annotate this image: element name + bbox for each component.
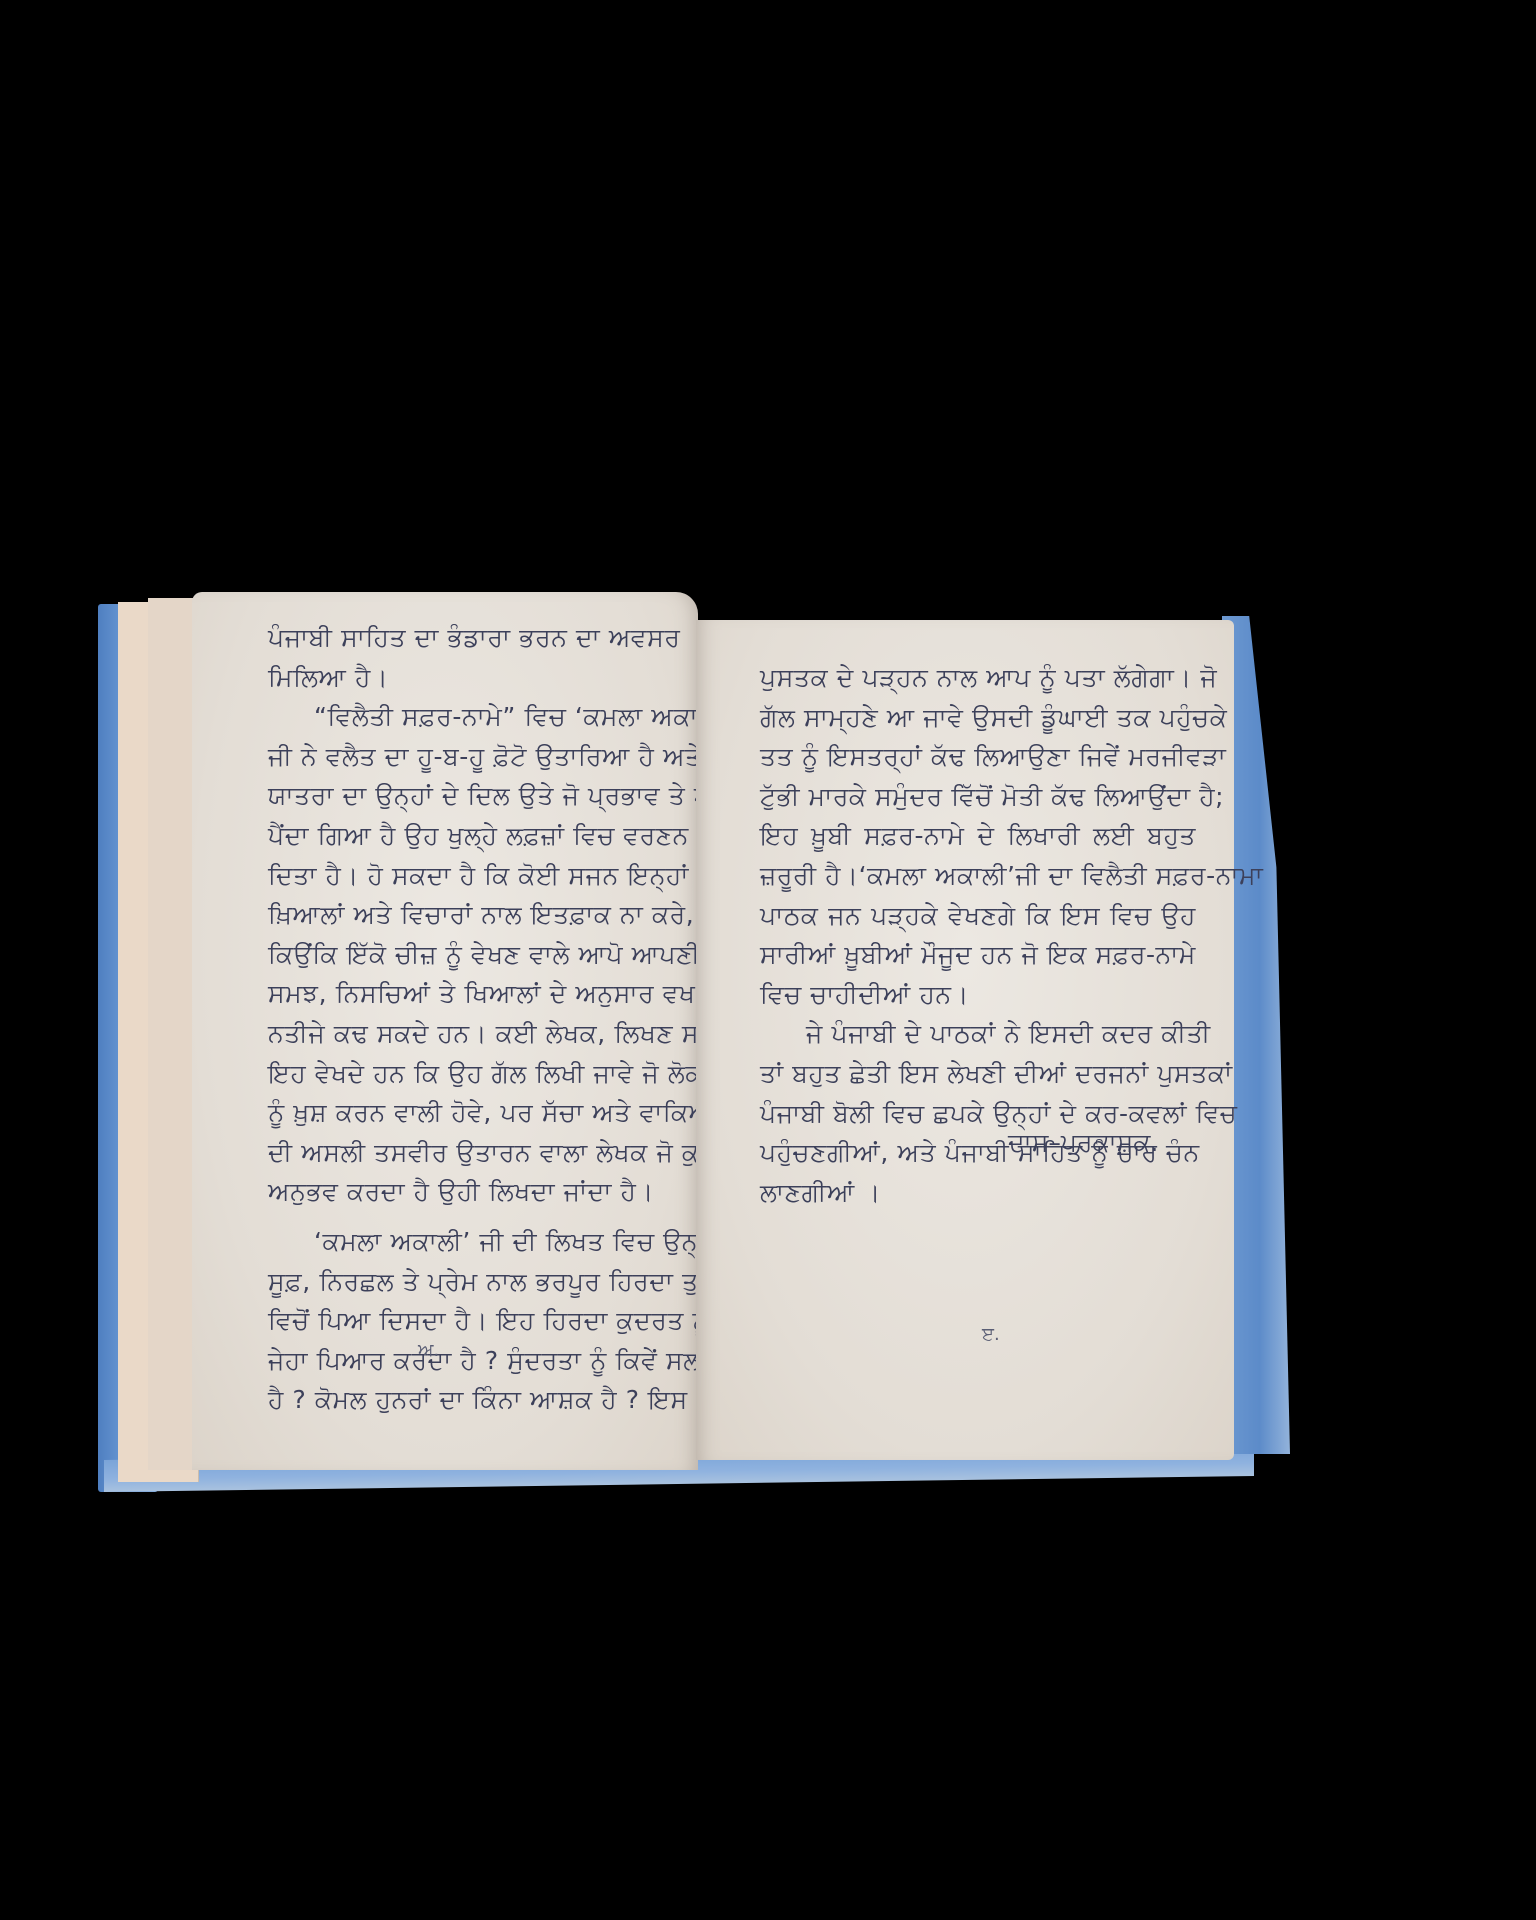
text-line: ਇਹ ਵੇਖਦੇ ਹਨ ਕਿ ਉਹ ਗੱਲ ਲਿਖੀ ਜਾਵੇ ਜੋ ਲੋਕਾਂ [268, 1054, 670, 1094]
text-line: ਵਿਚੋਂ ਪਿਆ ਦਿਸਦਾ ਹੈ। ਇਹ ਹਿਰਦਾ ਕੁਦਰਤ ਨੂੰ ਕ… [268, 1301, 670, 1341]
text-line: ਕਿਉਂਕਿ ਇੱਕੋ ਚੀਜ਼ ਨੂੰ ਵੇਖਣ ਵਾਲੇ ਆਪੋ ਆਪਣੀ [268, 935, 670, 975]
text-line: ਪੰਜਾਬੀ ਸਾਹਿਤ ਦਾ ਭੰਡਾਰਾ ਭਰਨ ਦਾ ਅਵਸਰ [268, 618, 670, 658]
left-page-text: ਪੰਜਾਬੀ ਸਾਹਿਤ ਦਾ ਭੰਡਾਰਾ ਭਰਨ ਦਾ ਅਵਸਰ ਮਿਲਿਆ… [268, 618, 670, 1420]
text-line: ਦਿਤਾ ਹੈ। ਹੋ ਸਕਦਾ ਹੈ ਕਿ ਕੋਈ ਸਜਨ ਇਨ੍ਹਾਂ ਦੇ… [268, 856, 670, 896]
text-line: ਨਤੀਜੇ ਕਢ ਸਕਦੇ ਹਨ। ਕਈ ਲੇਖਕ, ਲਿਖਣ ਸਮੇਂ [268, 1014, 670, 1054]
text-line: ਨੂੰ ਖ਼ੁਸ਼ ਕਰਨ ਵਾਲੀ ਹੋਵੇ, ਪਰ ਸੱਚਾ ਅਤੇ ਵਾਕ… [268, 1093, 670, 1133]
text-line: “ਵਿਲੈਤੀ ਸਫ਼ਰ-ਨਾਮੇ” ਵਿਚ ‘ਕਮਲਾ ਅਕਾਲੀ’ [268, 697, 670, 737]
text-line: ਯਾਤਰਾ ਦਾ ਉਨ੍ਹਾਂ ਦੇ ਦਿਲ ਉਤੇ ਜੋ ਪ੍ਰਭਾਵ ਤੇ … [268, 776, 670, 816]
text-line: ਤਤ ਨੂੰ ਇਸਤਰ੍ਹਾਂ ਕੱਢ ਲਿਆਉਣਾ ਜਿਵੇਂ ਮਰਜੀਵੜਾ [760, 737, 1196, 777]
text-line: ਜੀ ਨੇ ਵਲੈਤ ਦਾ ਹੂ-ਬ-ਹੂ ਫ਼ੋਟੋ ਉਤਾਰਿਆ ਹੈ ਅਤ… [268, 737, 670, 777]
text-line: ਹੈ ? ਕੋਮਲ ਹੁਨਰਾਂ ਦਾ ਕਿੰਨਾ ਆਸ਼ਕ ਹੈ ? ਇਸ [268, 1380, 670, 1420]
text-line: ਸੂਫ਼, ਨਿਰਛਲ ਤੇ ਪ੍ਰੇਮ ਨਾਲ ਭਰਪੂਰ ਹਿਰਦਾ ਤੁਕ… [268, 1262, 670, 1302]
page-number: ਅ. [418, 1340, 439, 1361]
text-line: ਪੈਂਦਾ ਗਿਆ ਹੈ ਉਹ ਖੁਲ੍ਹੇ ਲਫ਼ਜ਼ਾਂ ਵਿਚ ਵਰਣਨ … [268, 816, 670, 856]
text-line: ਜ਼ਰੂਰੀ ਹੈ।‘ਕਮਲਾ ਅਕਾਲੀ’ਜੀ ਦਾ ਵਿਲੈਤੀ ਸਫ਼ਰ-… [760, 856, 1196, 896]
text-line: ਪੁਸਤਕ ਦੇ ਪੜ੍ਹਨ ਨਾਲ ਆਪ ਨੂੰ ਪਤਾ ਲੱਗੇਗਾ। ਜੋ [760, 658, 1196, 698]
open-book: ਪੰਜਾਬੀ ਸਾਹਿਤ ਦਾ ਭੰਡਾਰਾ ਭਰਨ ਦਾ ਅਵਸਰ ਮਿਲਿਆ… [0, 0, 1536, 1920]
text-line: ਖ਼ਿਆਲਾਂ ਅਤੇ ਵਿਚਾਰਾਂ ਨਾਲ ਇਤਫ਼ਾਕ ਨਾ ਕਰੇ, [268, 895, 670, 935]
text-line: ਟੁੱਭੀ ਮਾਰਕੇ ਸਮੁੰਦਰ ਵਿੱਚੋਂ ਮੋਤੀ ਕੱਢ ਲਿਆਉਂ… [760, 777, 1196, 817]
text-line: ਸਾਰੀਆਂ ਖ਼ੂਬੀਆਂ ਮੌਜੂਦ ਹਨ ਜੋ ਇਕ ਸਫ਼ਰ-ਨਾਮੇ [760, 935, 1196, 975]
text-line: ਜੇ ਪੰਜਾਬੀ ਦੇ ਪਾਠਕਾਂ ਨੇ ਇਸਦੀ ਕਦਰ ਕੀਤੀ [760, 1014, 1196, 1054]
text-line: ਦੀ ਅਸਲੀ ਤਸਵੀਰ ਉਤਾਰਨ ਵਾਲਾ ਲੇਖਕ ਜੋ ਕੁਝ [268, 1133, 670, 1173]
page-number: ੲ. [982, 1324, 1000, 1345]
text-line: ਅਨੁਭਵ ਕਰਦਾ ਹੈ ਉਹੀ ਲਿਖਦਾ ਜਾਂਦਾ ਹੈ। [268, 1172, 670, 1212]
right-page: ਪੁਸਤਕ ਦੇ ਪੜ੍ਹਨ ਨਾਲ ਆਪ ਨੂੰ ਪਤਾ ਲੱਗੇਗਾ। ਜੋ… [696, 620, 1234, 1460]
text-line: ‘ਕਮਲਾ ਅਕਾਲੀ’ ਜੀ ਦੀ ਲਿਖਤ ਵਿਚ ਉਨ੍ਹਾਂ ਦਾ [268, 1222, 670, 1262]
text-line: ਸਮਝ, ਨਿਸਚਿਆਂ ਤੇ ਖਿਆਲਾਂ ਦੇ ਅਨੁਸਾਰ ਵਖ ਵਖ [268, 974, 670, 1014]
text-line: ਪਾਠਕ ਜਨ ਪੜ੍ਹਕੇ ਵੇਖਣਗੇ ਕਿ ਇਸ ਵਿਚ ਉਹ [760, 896, 1196, 936]
left-page: ਪੰਜਾਬੀ ਸਾਹਿਤ ਦਾ ਭੰਡਾਰਾ ਭਰਨ ਦਾ ਅਵਸਰ ਮਿਲਿਆ… [192, 592, 698, 1470]
text-line: ਮਿਲਿਆ ਹੈ। [268, 658, 670, 698]
text-line: ਇਹ ਖ਼ੂਬੀ ਸਫ਼ਰ-ਨਾਮੇ ਦੇ ਲਿਖਾਰੀ ਲਈ ਬਹੁਤ [760, 816, 1196, 856]
text-line: ਤਾਂ ਬਹੁਤ ਛੇਤੀ ਇਸ ਲੇਖਣੀ ਦੀਆਂ ਦਰਜਨਾਂ ਪੁਸਤਕ… [760, 1054, 1196, 1094]
text-line: ਗੱਲ ਸਾਮ੍ਹਣੇ ਆ ਜਾਵੇ ਉਸਦੀ ਡੂੰਘਾਈ ਤਕ ਪਹੁੰਚਕ… [760, 698, 1196, 738]
signature: ਦਾਸ–ਪਰਕਾਸ਼ਕ. [1008, 1128, 1158, 1158]
text-line: ਲਾਣਗੀਆਂ । [760, 1173, 1196, 1213]
text-line: ਜੇਹਾ ਪਿਆਰ ਕਰਦਾ ਹੈ ? ਸੁੰਦਰਤਾ ਨੂੰ ਕਿਵੇਂ ਸਲ… [268, 1341, 670, 1381]
text-line: ਵਿਚ ਚਾਹੀਦੀਆਂ ਹਨ। [760, 975, 1196, 1015]
